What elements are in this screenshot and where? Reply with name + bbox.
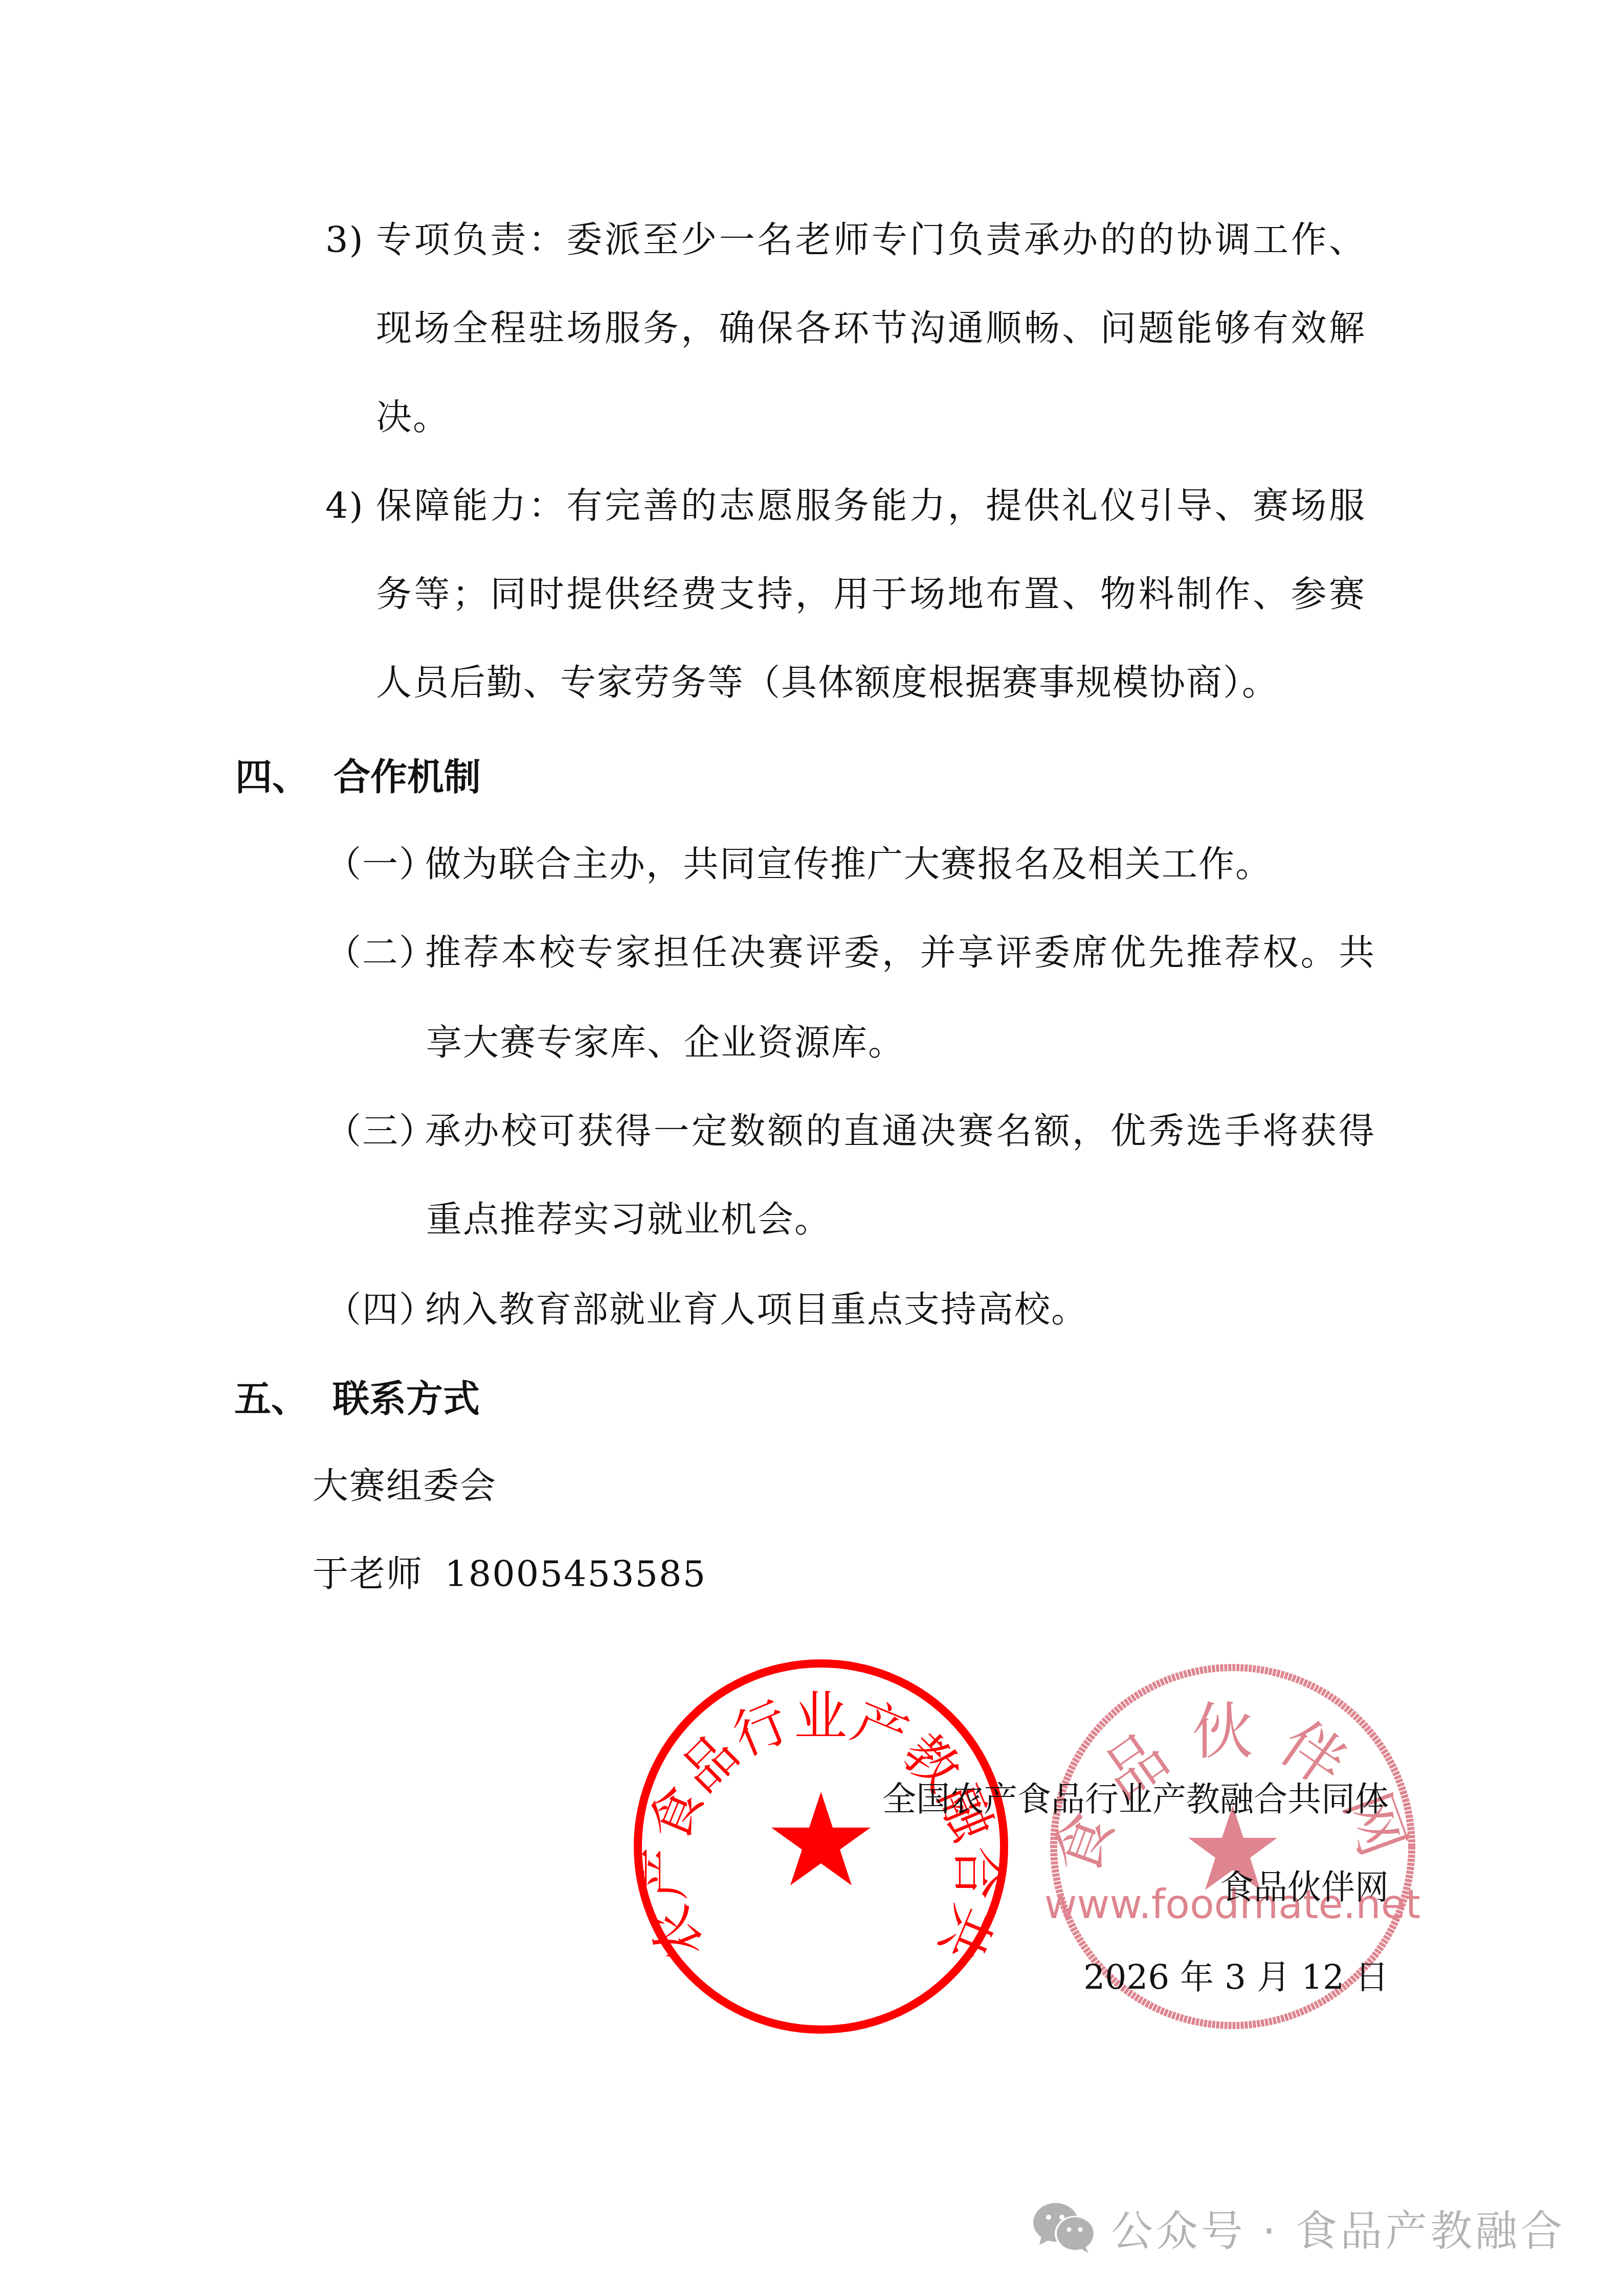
star-icon: [771, 1792, 871, 1885]
section-title: 合作机制: [334, 755, 481, 798]
list-item-3-line-3: 决。: [376, 398, 450, 437]
contact-name: 于老师: [313, 1553, 423, 1595]
section-heading-4: 四、合作机制: [235, 757, 481, 796]
coop-item-1-marker: （一）: [325, 845, 436, 884]
item-marker: 4): [325, 485, 364, 527]
list-item-3-line-2: 现场全程驻场服务，确保各环节沟通顺畅、问题能够有效解: [376, 309, 1366, 350]
item-marker: 3): [325, 219, 364, 261]
coop-item-4-marker: （四）: [325, 1290, 436, 1329]
list-item-3-marker: 3): [325, 220, 364, 259]
coop-item-2-marker: （二）: [325, 933, 436, 972]
signature-org-1: 全国农产食品行业产教融合共同体: [882, 1782, 1389, 1817]
section-number: 五、: [234, 1379, 332, 1418]
signature-org-2: 食品伙伴网: [1220, 1870, 1389, 1905]
watermark-text: 公众号 · 食品产教融合: [1111, 2198, 1565, 2258]
list-item-4-line-1: 保障能力：有完善的志愿服务能力，提供礼仪引导、赛场服: [376, 486, 1366, 527]
organizer-name: 大赛组委会: [313, 1467, 497, 1505]
contact-phone[interactable]: 18005453585: [444, 1553, 706, 1595]
list-item-4-line-2: 务等；同时提供经费支持，用于场地布置、物料制作、参赛: [376, 575, 1366, 616]
coop-item-3-line-1: 承办校可获得一定数额的直通决赛名额，优秀选手将获得: [425, 1112, 1375, 1153]
section-title: 联系方式: [332, 1377, 480, 1420]
document-page: 3) 专项负责：委派至少一名老师专门负责承办的的协调工作、 现场全程驻场服务，确…: [0, 0, 1623, 2296]
list-item-4-marker: 4): [325, 486, 364, 525]
section-heading-5: 五、联系方式: [234, 1379, 480, 1418]
red-official-stamp: 全国农产食品行业产教融合共同体: [629, 1655, 1013, 2038]
list-item-4-line-3: 人员后勤、专家劳务等（具体额度根据赛事规模协商）。: [376, 663, 1279, 702]
coop-item-2-line-1: 推荐本校专家担任决赛评委，并享评委席优先推荐权。共: [425, 933, 1375, 974]
signature-date: 2026 年 3 月 12 日: [1083, 1960, 1389, 1995]
wechat-watermark: 公众号 · 食品产教融合: [1032, 2199, 1565, 2256]
coop-item-2-line-2: 享大赛专家库、企业资源库。: [426, 1023, 905, 1062]
coop-item-4-line-1: 纳入教育部就业育人项目重点支持高校。: [425, 1290, 1088, 1329]
section-number: 四、: [235, 757, 334, 796]
coop-item-3-line-2: 重点推荐实习就业机会。: [426, 1200, 831, 1239]
coop-item-3-marker: （三）: [325, 1112, 436, 1151]
wechat-icon: [1032, 2201, 1097, 2254]
coop-item-1-line-1: 做为联合主办，共同宣传推广大赛报名及相关工作。: [425, 845, 1272, 884]
contact-line: 于老师 18005453585: [313, 1555, 706, 1593]
list-item-3-line-1: 专项负责：委派至少一名老师专门负责承办的的协调工作、: [376, 220, 1366, 261]
